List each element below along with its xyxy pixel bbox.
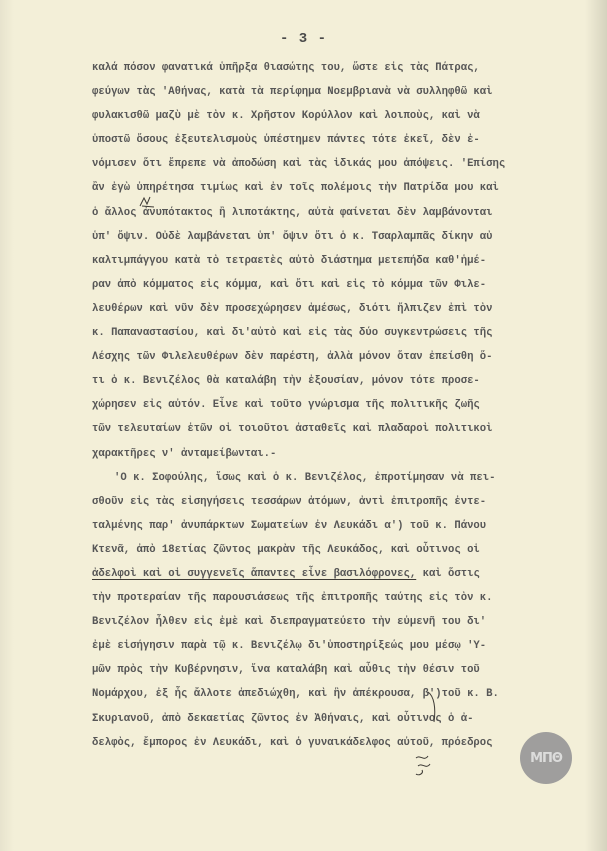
text-line-16: τῶν τελευταίων ἐτῶν οἱ τοιοῦτοι ἀσταθεῖς…	[92, 417, 592, 441]
text-line-28: Σκυριανοῦ, ἀπὸ δεκαετίας ζῶντος ἐν Ἀθήνα…	[92, 707, 592, 731]
text-line-1: καλά πόσον φανατικά ὑπῆρξα θιασώτης του,…	[92, 56, 592, 80]
text-line-8: ὑπ' ὄψιν. Οὐδὲ λαμβάνεται ὑπ' ὄψιν ὅτι ὁ…	[92, 225, 592, 249]
text-line-21: Κτενᾶ, ἀπὸ 18ετίας ζῶντος μακρὰν τῆς Λευ…	[92, 538, 592, 562]
text-line-5: νόμισεν ὅτι ἔπρεπε νὰ ἀποδώση καὶ τὰς ἰδ…	[92, 152, 592, 176]
typewritten-body: καλά πόσον φανατικά ὑπῆρξα θιασώτης του,…	[92, 56, 592, 755]
text-line-3: φυλακισθῶ μαζὺ μὲ τὸν κ. Χρῆστον Κορύλλο…	[92, 104, 592, 128]
text-line-29: δελφὸς, ἔμπορος ἐν Λευκάδι, καὶ ὁ γυναικ…	[92, 731, 592, 755]
text-line-14: τι ὁ κ. Βενιζέλος θὰ καταλάβη τὴν ἐξουσί…	[92, 369, 592, 393]
text-line-17: χαρακτῆρες ν' ἀνταμείβωνται.-	[92, 442, 592, 466]
text-line-24: Βενιζέλον ἦλθεν εἰς ἐμὲ καὶ διεπραγματεύ…	[92, 610, 592, 634]
text-line-25: ἐμὲ εἰσήγησιν παρὰ τῷ κ. Βενιζέλῳ δι'ὑπο…	[92, 634, 592, 658]
text-line-20: ταλμένης παρ' ἀνυπάρκτων Σωματείων ἐν Λε…	[92, 514, 592, 538]
text-line-6: ἂν ἐγὼ ὑπηρέτησα τιμίως καὶ ἐν τοῖς πολέ…	[92, 176, 592, 200]
text-line-12: κ. Παπαναστασίου, καὶ δι'αὐτὸ καὶ εἰς τὰ…	[92, 321, 592, 345]
text-line-22-rest: καὶ ὅστις	[416, 568, 480, 580]
text-line-22: ἀδελφοὶ καὶ οἱ συγγενεῖς ἅπαντες εἶνε βα…	[92, 562, 592, 586]
handwritten-underline-text: ἀδελφοὶ καὶ οἱ συγγενεῖς ἅπαντες εἶνε βα…	[92, 568, 416, 580]
text-line-26: μῶν πρὸς τὴν Κυβέρνησιν, ἵνα καταλάβη κα…	[92, 658, 592, 682]
text-line-19: σθοῦν εἰς τὰς εἰσηγήσεις τεσσάρων ἀτόμων…	[92, 490, 592, 514]
text-line-18-paragraph-start: 'Ο κ. Σοφούλης, ἴσως καὶ ὁ κ. Βενιζέλος,…	[92, 466, 592, 490]
text-line-10: ραν ἀπὸ κόμματος εἰς κόμμα, καὶ ὅτι καὶ …	[92, 273, 592, 297]
text-line-7: ὁ ἄλλος ἀνυπότακτος ἢ λιποτάκτης, αὐτὰ φ…	[92, 201, 592, 225]
document-page: - 3 - καλά πόσον φανατικά ὑπῆρξα θιασώτη…	[0, 0, 607, 851]
text-line-11: λευθέρων καὶ νῦν δὲν προσεχώρησεν ἀμέσως…	[92, 297, 592, 321]
library-seal-stamp: ΜΠΘ	[520, 732, 572, 784]
text-line-13: Λέσχης τῶν Φιλελευθέρων δὲν παρέστη, ἀλλ…	[92, 345, 592, 369]
text-line-9: καλτιμπάγγου κατὰ τὸ τετραετὲς αὐτὸ διάσ…	[92, 249, 592, 273]
pen-mark-icon	[412, 752, 436, 778]
text-line-23: τὴν προτεραίαν τῆς παρουσιάσεως τῆς ἐπιτ…	[92, 586, 592, 610]
text-line-4: ὑποστῶ ὅσους ἐξευτελισμοὺς ὑπέστημεν πάν…	[92, 128, 592, 152]
text-line-2: φεύγων τὰς 'Αθήνας, κατὰ τὰ περίφημα Νοε…	[92, 80, 592, 104]
page-number: - 3 -	[0, 31, 607, 47]
text-line-27: Νομάρχου, ἐξ ἧς ἄλλοτε ἀπεδιώχθη, καὶ ἣν…	[92, 682, 592, 706]
text-line-15: χώρησεν εἰς αὐτόν. Εἶνε καὶ τοῦτο γνώρισ…	[92, 393, 592, 417]
